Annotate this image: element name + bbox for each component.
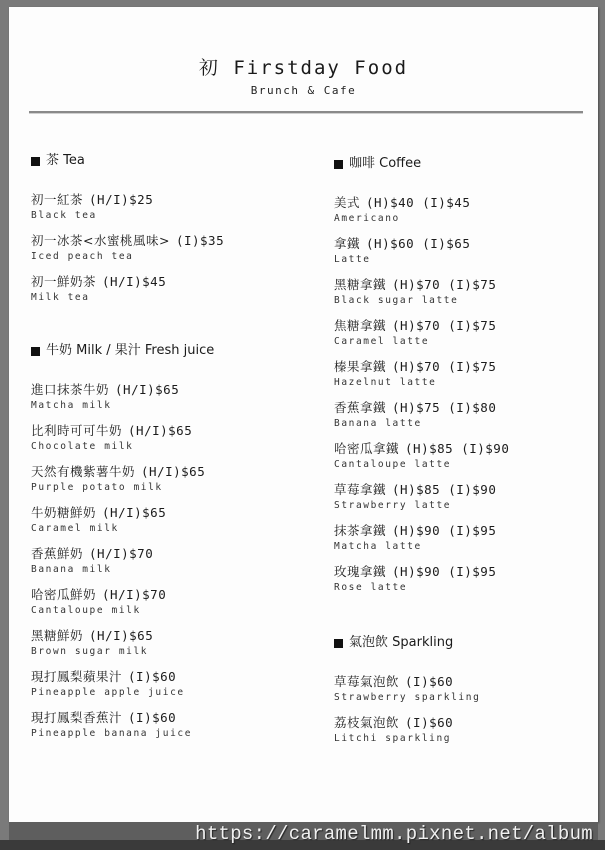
item-name: 抹茶拿鐵 [334,523,386,538]
item-english-name: Cantaloupe latte [334,458,604,471]
item-price: (H)$70 (I)$75 [392,277,496,292]
item-name: 焦糖拿鐵 [334,318,386,333]
section-title-sparkling: 氣泡飲 Sparkling [349,634,453,652]
item-name: 草莓氣泡飲 [334,674,399,689]
item-english-name: Banana latte [334,417,604,430]
item-name: 黑糖鮮奶 [31,628,83,643]
item-english-name: Cantaloupe milk [31,604,301,617]
item-english-name: Black tea [31,209,301,222]
section-title-milk-juice: 牛奶 Milk / 果汁 Fresh juice [46,342,214,360]
item-english-name: Strawberry latte [334,499,604,512]
section-title-tea: 茶 Tea [46,152,85,170]
item-price: (I)$60 [405,674,453,689]
item-english-name: Rose latte [334,581,604,594]
item-english-name: Brown sugar milk [31,645,301,658]
item-english-name: Pineapple apple juice [31,686,301,699]
item-english-name: Purple potato milk [31,481,301,494]
menu-item: 比利時可可牛奶(H/I)$65 Chocolate milk [31,423,301,464]
item-english-name: Caramel latte [334,335,604,348]
square-bullet-icon [31,347,40,356]
item-name: 草莓拿鐵 [334,482,386,497]
item-english-name: Pineapple banana juice [31,727,301,740]
item-name: 哈密瓜鮮奶 [31,587,96,602]
item-english-name: Chocolate milk [31,440,301,453]
menu-item: 草莓拿鐵(H)$85 (I)$90 Strawberry latte [334,482,604,523]
item-name: 初一鮮奶茶 [31,274,96,289]
item-name: 玫瑰拿鐵 [334,564,386,579]
item-price: (H/I)$65 [89,628,153,643]
menu-item: 抹茶拿鐵(H)$90 (I)$95 Matcha latte [334,523,604,564]
item-name: 進口抹茶牛奶 [31,382,109,397]
item-price: (I)$60 [128,710,176,725]
item-price: (H)$75 (I)$80 [392,400,496,415]
item-name: 初一冰茶<水蜜桃風味> [31,233,170,248]
item-price: (H)$40 (I)$45 [366,195,470,210]
item-english-name: Banana milk [31,563,301,576]
item-price: (H)$85 (I)$90 [405,441,509,456]
header-divider [29,111,583,114]
section-coffee: 咖啡 Coffee 美式(H)$40 (I)$45 Americano 拿鐵(H… [334,155,604,605]
item-price: (H/I)$65 [141,464,205,479]
item-name: 黑糖拿鐵 [334,277,386,292]
left-column: 茶 Tea 初一紅茶(H/I)$25 Black tea 初一冰茶<水蜜桃風味>… [31,152,301,751]
menu-item: 進口抹茶牛奶(H/I)$65 Matcha milk [31,382,301,423]
menu-item: 初一紅茶(H/I)$25 Black tea [31,192,301,233]
menu-item: 玫瑰拿鐵(H)$90 (I)$95 Rose latte [334,564,604,605]
item-name: 美式 [334,195,360,210]
item-price: (H)$70 (I)$75 [392,318,496,333]
menu-item: 牛奶糖鮮奶(H/I)$65 Caramel milk [31,505,301,546]
item-price: (I)$60 [128,669,176,684]
item-english-name: Milk tea [31,291,301,304]
menu-item: 哈密瓜鮮奶(H/I)$70 Cantaloupe milk [31,587,301,628]
section-milk-juice: 牛奶 Milk / 果汁 Fresh juice 進口抹茶牛奶(H/I)$65 … [31,342,301,751]
item-english-name: Litchi sparkling [334,732,604,745]
menu-title: 初 Firstday Food [9,53,598,80]
item-name: 香蕉鮮奶 [31,546,83,561]
item-name: 現打鳳梨蘋果汁 [31,669,122,684]
section-title-coffee: 咖啡 Coffee [349,155,421,173]
item-price: (H/I)$65 [128,423,192,438]
item-name: 天然有機紫薯牛奶 [31,464,135,479]
item-english-name: Black sugar latte [334,294,604,307]
item-price: (H)$85 (I)$90 [392,482,496,497]
section-sparkling: 氣泡飲 Sparkling 草莓氣泡飲(I)$60 Strawberry spa… [334,634,604,756]
menu-item: 香蕉拿鐵(H)$75 (I)$80 Banana latte [334,400,604,441]
menu-subtitle: Brunch & Cafe [9,84,598,97]
item-name: 牛奶糖鮮奶 [31,505,96,520]
menu-item: 香蕉鮮奶(H/I)$70 Banana milk [31,546,301,587]
item-english-name: Caramel milk [31,522,301,535]
menu-item: 拿鐵(H)$60 (I)$65 Latte [334,236,604,277]
menu-item: 現打鳳梨蘋果汁(I)$60 Pineapple apple juice [31,669,301,710]
item-name: 拿鐵 [334,236,360,251]
item-price: (I)$60 [405,715,453,730]
item-price: (H/I)$25 [89,192,153,207]
menu-item: 焦糖拿鐵(H)$70 (I)$75 Caramel latte [334,318,604,359]
item-price: (H)$70 (I)$75 [392,359,496,374]
item-name: 香蕉拿鐵 [334,400,386,415]
item-english-name: Matcha latte [334,540,604,553]
item-english-name: Hazelnut latte [334,376,604,389]
item-name: 哈密瓜拿鐵 [334,441,399,456]
item-price: (H/I)$70 [89,546,153,561]
item-price: (H/I)$70 [102,587,166,602]
item-name: 荔枝氣泡飲 [334,715,399,730]
menu-item: 初一冰茶<水蜜桃風味>(I)$35 Iced peach tea [31,233,301,274]
item-name: 榛果拿鐵 [334,359,386,374]
item-english-name: Iced peach tea [31,250,301,263]
menu-item: 美式(H)$40 (I)$45 Americano [334,195,604,236]
menu-item: 哈密瓜拿鐵(H)$85 (I)$90 Cantaloupe latte [334,441,604,482]
item-price: (H/I)$65 [102,505,166,520]
square-bullet-icon [334,639,343,648]
item-name: 初一紅茶 [31,192,83,207]
item-english-name: Latte [334,253,604,266]
menu-item: 黑糖鮮奶(H/I)$65 Brown sugar milk [31,628,301,669]
menu-item: 草莓氣泡飲(I)$60 Strawberry sparkling [334,674,604,715]
item-price: (H/I)$65 [115,382,179,397]
menu-item: 榛果拿鐵(H)$70 (I)$75 Hazelnut latte [334,359,604,400]
section-tea: 茶 Tea 初一紅茶(H/I)$25 Black tea 初一冰茶<水蜜桃風味>… [31,152,301,315]
item-price: (H)$90 (I)$95 [392,564,496,579]
item-price: (I)$35 [176,233,224,248]
item-name: 現打鳳梨香蕉汁 [31,710,122,725]
menu-item: 初一鮮奶茶(H/I)$45 Milk tea [31,274,301,315]
item-price: (H/I)$45 [102,274,166,289]
item-english-name: Matcha milk [31,399,301,412]
menu-page: 初 Firstday Food Brunch & Cafe 茶 Tea 初一紅茶… [9,7,598,822]
square-bullet-icon [31,157,40,166]
menu-item: 荔枝氣泡飲(I)$60 Litchi sparkling [334,715,604,756]
right-column: 咖啡 Coffee 美式(H)$40 (I)$45 Americano 拿鐵(H… [334,155,604,756]
item-price: (H)$60 (I)$65 [366,236,470,251]
item-name: 比利時可可牛奶 [31,423,122,438]
menu-item: 黑糖拿鐵(H)$70 (I)$75 Black sugar latte [334,277,604,318]
square-bullet-icon [334,160,343,169]
item-price: (H)$90 (I)$95 [392,523,496,538]
menu-item: 天然有機紫薯牛奶(H/I)$65 Purple potato milk [31,464,301,505]
item-english-name: Strawberry sparkling [334,691,604,704]
menu-item: 現打鳳梨香蕉汁(I)$60 Pineapple banana juice [31,710,301,751]
watermark-url: https://caramelmm.pixnet.net/album [195,823,593,845]
item-english-name: Americano [334,212,604,225]
